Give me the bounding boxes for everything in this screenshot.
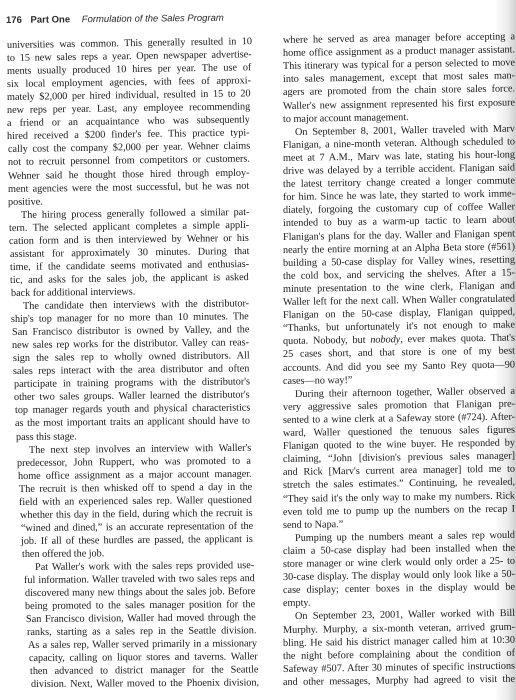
text-line: then offered the job. — [22, 547, 254, 561]
text-line: ranks, starting as a sales rep in the Se… — [27, 625, 256, 639]
text-line: stretch the sales estimates.” Continuing… — [283, 477, 515, 492]
text-line: capacity, calling on liquor stores and t… — [29, 652, 258, 666]
running-head: 176 Part One Formulation of the Sales Pr… — [6, 13, 224, 26]
text-line: predecessor, John Ruppert, who was promo… — [17, 455, 251, 469]
text-line: As a sales rep, Waller served primarily … — [28, 639, 257, 653]
text-line: Murphy. Murphy, a six-month veteran, arr… — [283, 621, 515, 636]
text-line: pass this stage. — [16, 429, 251, 443]
text-line: ful information. Waller traveled with tw… — [24, 573, 255, 587]
text-line: The next step involves an interview with… — [29, 442, 251, 456]
text-line: then advanced to district manager for th… — [30, 665, 258, 679]
text-line: The recruit is then whisked off to spend… — [18, 481, 251, 495]
text-line: job. If all of these hurdles are passed,… — [21, 534, 253, 548]
text-line: being promoted to the sales manager posi… — [25, 599, 255, 613]
text-line: division. Next, Waller moved to the Phoe… — [31, 678, 259, 692]
text-line: “wined and dined,” is an accurate repres… — [21, 521, 253, 535]
text-line: positive. — [8, 193, 249, 208]
text-line: as the most important traits an applican… — [15, 416, 250, 430]
text-line: home office assignment as a major accoun… — [18, 468, 252, 482]
text-line: San Francisco division, Waller had moved… — [26, 612, 256, 626]
text-line: whether this day in the field, during wh… — [20, 508, 253, 522]
text-line: On September 23, 2001, Waller worked wit… — [295, 608, 515, 623]
text-line: field with an experienced sales rep. Wal… — [19, 495, 252, 509]
text-line: discovered many new things about the sal… — [25, 586, 256, 600]
text-line: and other messages, Murphy had agreed to… — [283, 674, 515, 689]
text-line: Pat Waller's work with the sales reps pr… — [35, 560, 254, 574]
chapter-title: Formulation of the Sales Program — [82, 13, 224, 25]
part-label: Part One — [30, 14, 70, 25]
page-number: 176 — [6, 15, 22, 26]
